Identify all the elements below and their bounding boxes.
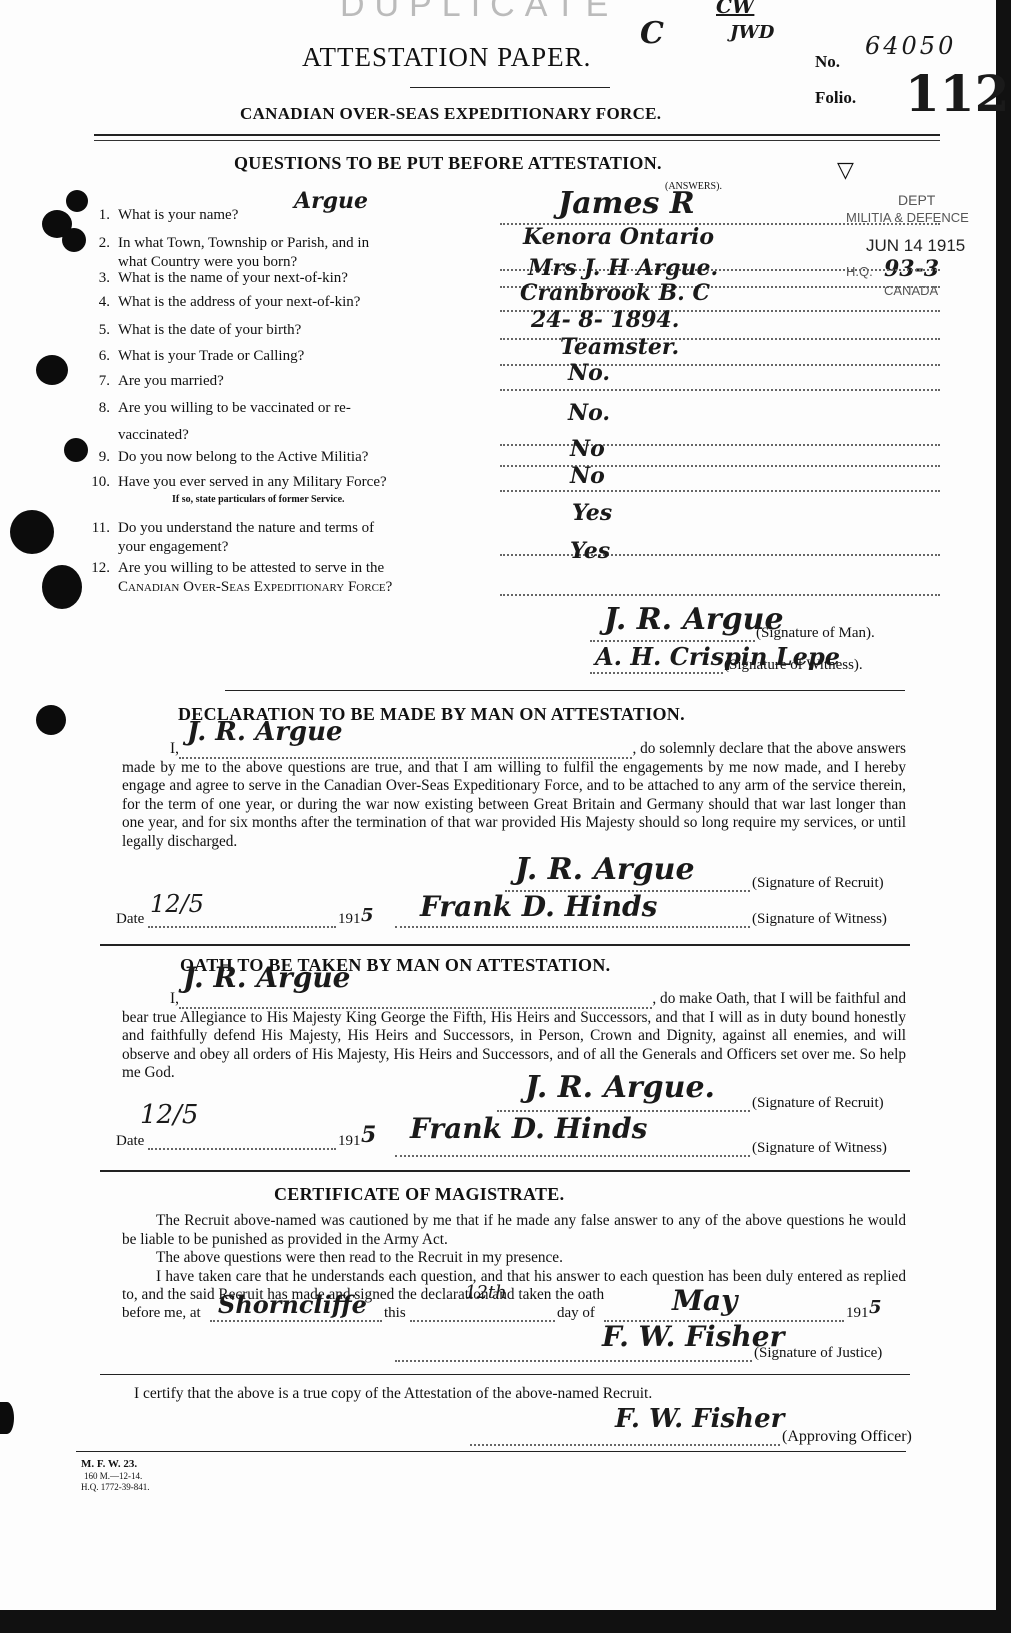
before-me-label: before me, at (122, 1305, 201, 1322)
answer-11: Yes (572, 500, 612, 526)
question-text: Are you willing to be vaccinated or re- (118, 400, 351, 416)
oath-date: 12/5 (140, 1100, 198, 1130)
certificate-heading: CERTIFICATE OF MAGISTRATE. (274, 1184, 564, 1205)
question-number: 11. (82, 520, 110, 537)
question-12: 12.Are you willing to be attested to ser… (82, 560, 482, 596)
signature-of-justice: F. W. Fisher (602, 1320, 784, 1353)
approval-mark-icon: ▽ (837, 158, 854, 183)
question-text-continued: Canadian Over-Seas Expeditionary Force? (118, 579, 482, 596)
oath-year-suffix: 5 (361, 1122, 376, 1148)
force-subtitle: CANADIAN OVER-SEAS EXPEDITIONARY FORCE. (240, 104, 661, 124)
declaration-signature-recruit: J. R. Argue (515, 852, 695, 887)
answer-4: Cranbrook B. C (520, 280, 710, 306)
oath-name: J. R. Argue (183, 969, 351, 988)
declaration-signature-witness: Frank D. Hinds (420, 890, 657, 923)
declaration-date-label: Date (116, 911, 144, 928)
oath-year-prefix: 191 (338, 1133, 361, 1150)
question-text-continued: vaccinated? (118, 427, 482, 444)
certificate-year-suffix: 5 (869, 1297, 882, 1318)
oath-signature-witness-label: (Signature of Witness) (752, 1140, 887, 1157)
punch-hole (0, 1402, 14, 1434)
attestation-month: May (672, 1284, 737, 1317)
question-3: 3.What is the name of your next-of-kin? (82, 270, 482, 287)
answer-line (500, 389, 940, 391)
declaration-date-line (148, 926, 336, 928)
questions-heading: QUESTIONS TO BE PUT BEFORE ATTESTATION. (234, 153, 662, 174)
answer-9: No (570, 436, 605, 462)
question-number: 5. (82, 322, 110, 339)
place-line (210, 1320, 382, 1322)
question-text: In what Town, Township or Parish, and in (118, 235, 369, 251)
question-5: 5.What is the date of your birth? (82, 322, 482, 339)
folio-label: Folio. (815, 88, 856, 108)
question-9: 9.Do you now belong to the Active Militi… (82, 449, 482, 466)
oath-signature-recruit: J. R. Argue. (525, 1070, 715, 1105)
approving-officer-signature: F. W. Fisher (615, 1404, 784, 1434)
oath-date-label: Date (116, 1133, 144, 1150)
print-run: 160 M.—12-14. (84, 1471, 142, 1481)
received-stamp-dept: DEPT (898, 192, 935, 208)
oath-body: bear true Allegiance to His Majesty King… (122, 1009, 906, 1083)
answer-1: Argue (294, 188, 368, 214)
oath-date-line (148, 1148, 336, 1150)
oath-signature-witness-line (395, 1155, 750, 1157)
approval-text: I certify that the above is a true copy … (134, 1385, 652, 1403)
folio-number: 1120 (905, 64, 1011, 123)
answer-line (500, 465, 940, 467)
answer-7: No. (568, 360, 610, 386)
annotation-c: C (640, 16, 664, 51)
question-number: 9. (82, 449, 110, 466)
question-text: What is the address of your next-of-kin? (118, 294, 360, 310)
header-rule (94, 134, 940, 136)
question-number: 1. (82, 207, 110, 224)
signature-of-justice-line (395, 1360, 752, 1362)
footer-rule (76, 1451, 906, 1452)
question-4: 4.What is the address of your next-of-ki… (82, 294, 482, 311)
question-number: 3. (82, 270, 110, 287)
answer-line (500, 364, 940, 366)
section-rule (225, 690, 905, 691)
signature-of-man: J. R. Argue (604, 602, 784, 637)
answer-2: Kenora Ontario (523, 224, 714, 250)
question-number: 7. (82, 373, 110, 390)
question-text-continued: your engagement? (118, 539, 482, 556)
section-rule (100, 1374, 910, 1375)
declaration-body: made by me to the above questions are tr… (122, 759, 906, 852)
this-label: this (384, 1305, 406, 1322)
approving-officer-label: (Approving Officer) (782, 1428, 912, 1446)
declaration-signature-witness-line (395, 926, 750, 928)
oath-signature-witness: Frank D. Hinds (410, 1112, 647, 1145)
declaration-text: I, J. R. Argue , do solemnly declare tha… (122, 740, 906, 852)
answer-3: Mrs J. H Argue. (528, 255, 718, 281)
answer-6: Teamster. (560, 334, 679, 360)
punch-hole (36, 355, 68, 385)
duplicate-stamp: DUPLICATE (340, 0, 618, 25)
header-rule-2 (94, 140, 940, 141)
declaration-year-prefix: 191 (338, 911, 361, 928)
question-7: 7.Are you married? (82, 373, 482, 390)
answer-line (500, 594, 940, 596)
question-number: 12. (82, 560, 110, 577)
oath-signature-recruit-label: (Signature of Recruit) (752, 1095, 884, 1112)
question-note: If so, state particulars of former Servi… (172, 491, 482, 508)
question-11: 11.Do you understand the nature and term… (82, 520, 482, 556)
attestation-day: 12th (465, 1282, 507, 1303)
question-8: 8.Are you willing to be vaccinated or re… (82, 400, 482, 444)
question-text: What is your Trade or Calling? (118, 348, 304, 364)
question-1: 1.What is your name? (82, 207, 482, 224)
declarant-name: J. R. Argue (187, 723, 343, 742)
signature-of-witness: A. H. Crispin Lepe (595, 642, 840, 671)
certificate-year-prefix: 191 (846, 1305, 869, 1322)
hq-file-number: H.Q. 1772-39-841. (81, 1482, 150, 1492)
question-text: Do you understand the nature and terms o… (118, 520, 374, 536)
answer-8: No. (568, 400, 610, 426)
punch-hole (36, 705, 66, 735)
form-code: M. F. W. 23. (81, 1458, 137, 1470)
question-number: 6. (82, 348, 110, 365)
oath-text: I, J. R. Argue , do make Oath, that I wi… (122, 990, 906, 1083)
day-line (410, 1320, 555, 1322)
question-10: 10.Have you ever served in any Military … (82, 474, 482, 508)
question-text-continued: what Country were you born? (118, 254, 482, 271)
section-rule (100, 1170, 910, 1172)
question-text: Are you married? (118, 373, 224, 389)
document-title: ATTESTATION PAPER. (302, 42, 591, 73)
question-number: 2. (82, 235, 110, 252)
day-of-label: day of (557, 1305, 595, 1322)
question-number: 10. (82, 474, 110, 491)
title-underline (410, 87, 610, 88)
question-text: Do you now belong to the Active Militia? (118, 449, 368, 465)
scan-edge-bottom (0, 1610, 1011, 1633)
received-stamp-date: JUN 14 1915 (866, 236, 965, 256)
answer-line (500, 490, 940, 492)
question-number: 8. (82, 400, 110, 417)
question-text: Have you ever served in any Military For… (118, 474, 387, 490)
declaration-signature-witness-label: (Signature of Witness) (752, 911, 887, 928)
answer-10: No (570, 463, 605, 489)
attestation-paper: DUPLICATE CW C JWD ATTESTATION PAPER. No… (0, 0, 1011, 1633)
section-rule (100, 944, 910, 946)
question-text: What is the date of your birth? (118, 322, 301, 338)
question-text: What is your name? (118, 207, 238, 223)
annotation-initials: JWD (730, 22, 774, 43)
regimental-number: 64050 (865, 32, 956, 60)
answer-line (500, 554, 940, 556)
question-2: 2.In what Town, Township or Parish, and … (82, 235, 482, 271)
question-text: What is the name of your next-of-kin? (118, 270, 348, 286)
answer-5: 24- 8- 1894. (531, 307, 679, 333)
signature-of-witness-line (590, 672, 723, 674)
answer-1-given-names: James R (558, 186, 695, 221)
scan-edge-right (996, 0, 1011, 1633)
punch-hole (42, 565, 82, 609)
answer-12: Yes (570, 538, 610, 564)
attestation-place: Shorncliffe (218, 1290, 367, 1319)
received-stamp-hq-label: H.Q. (846, 264, 873, 279)
question-6: 6.What is your Trade or Calling? (82, 348, 482, 365)
approving-officer-line (470, 1444, 780, 1446)
punch-hole (10, 510, 54, 554)
annotation-top: CW (716, 0, 754, 18)
declaration-signature-recruit-label: (Signature of Recruit) (752, 875, 884, 892)
declaration-date: 12/5 (150, 890, 204, 918)
no-label: No. (815, 52, 840, 72)
question-number: 4. (82, 294, 110, 311)
answer-line (500, 444, 940, 446)
declaration-year-suffix: 5 (361, 905, 374, 926)
question-text: Are you willing to be attested to serve … (118, 560, 384, 576)
